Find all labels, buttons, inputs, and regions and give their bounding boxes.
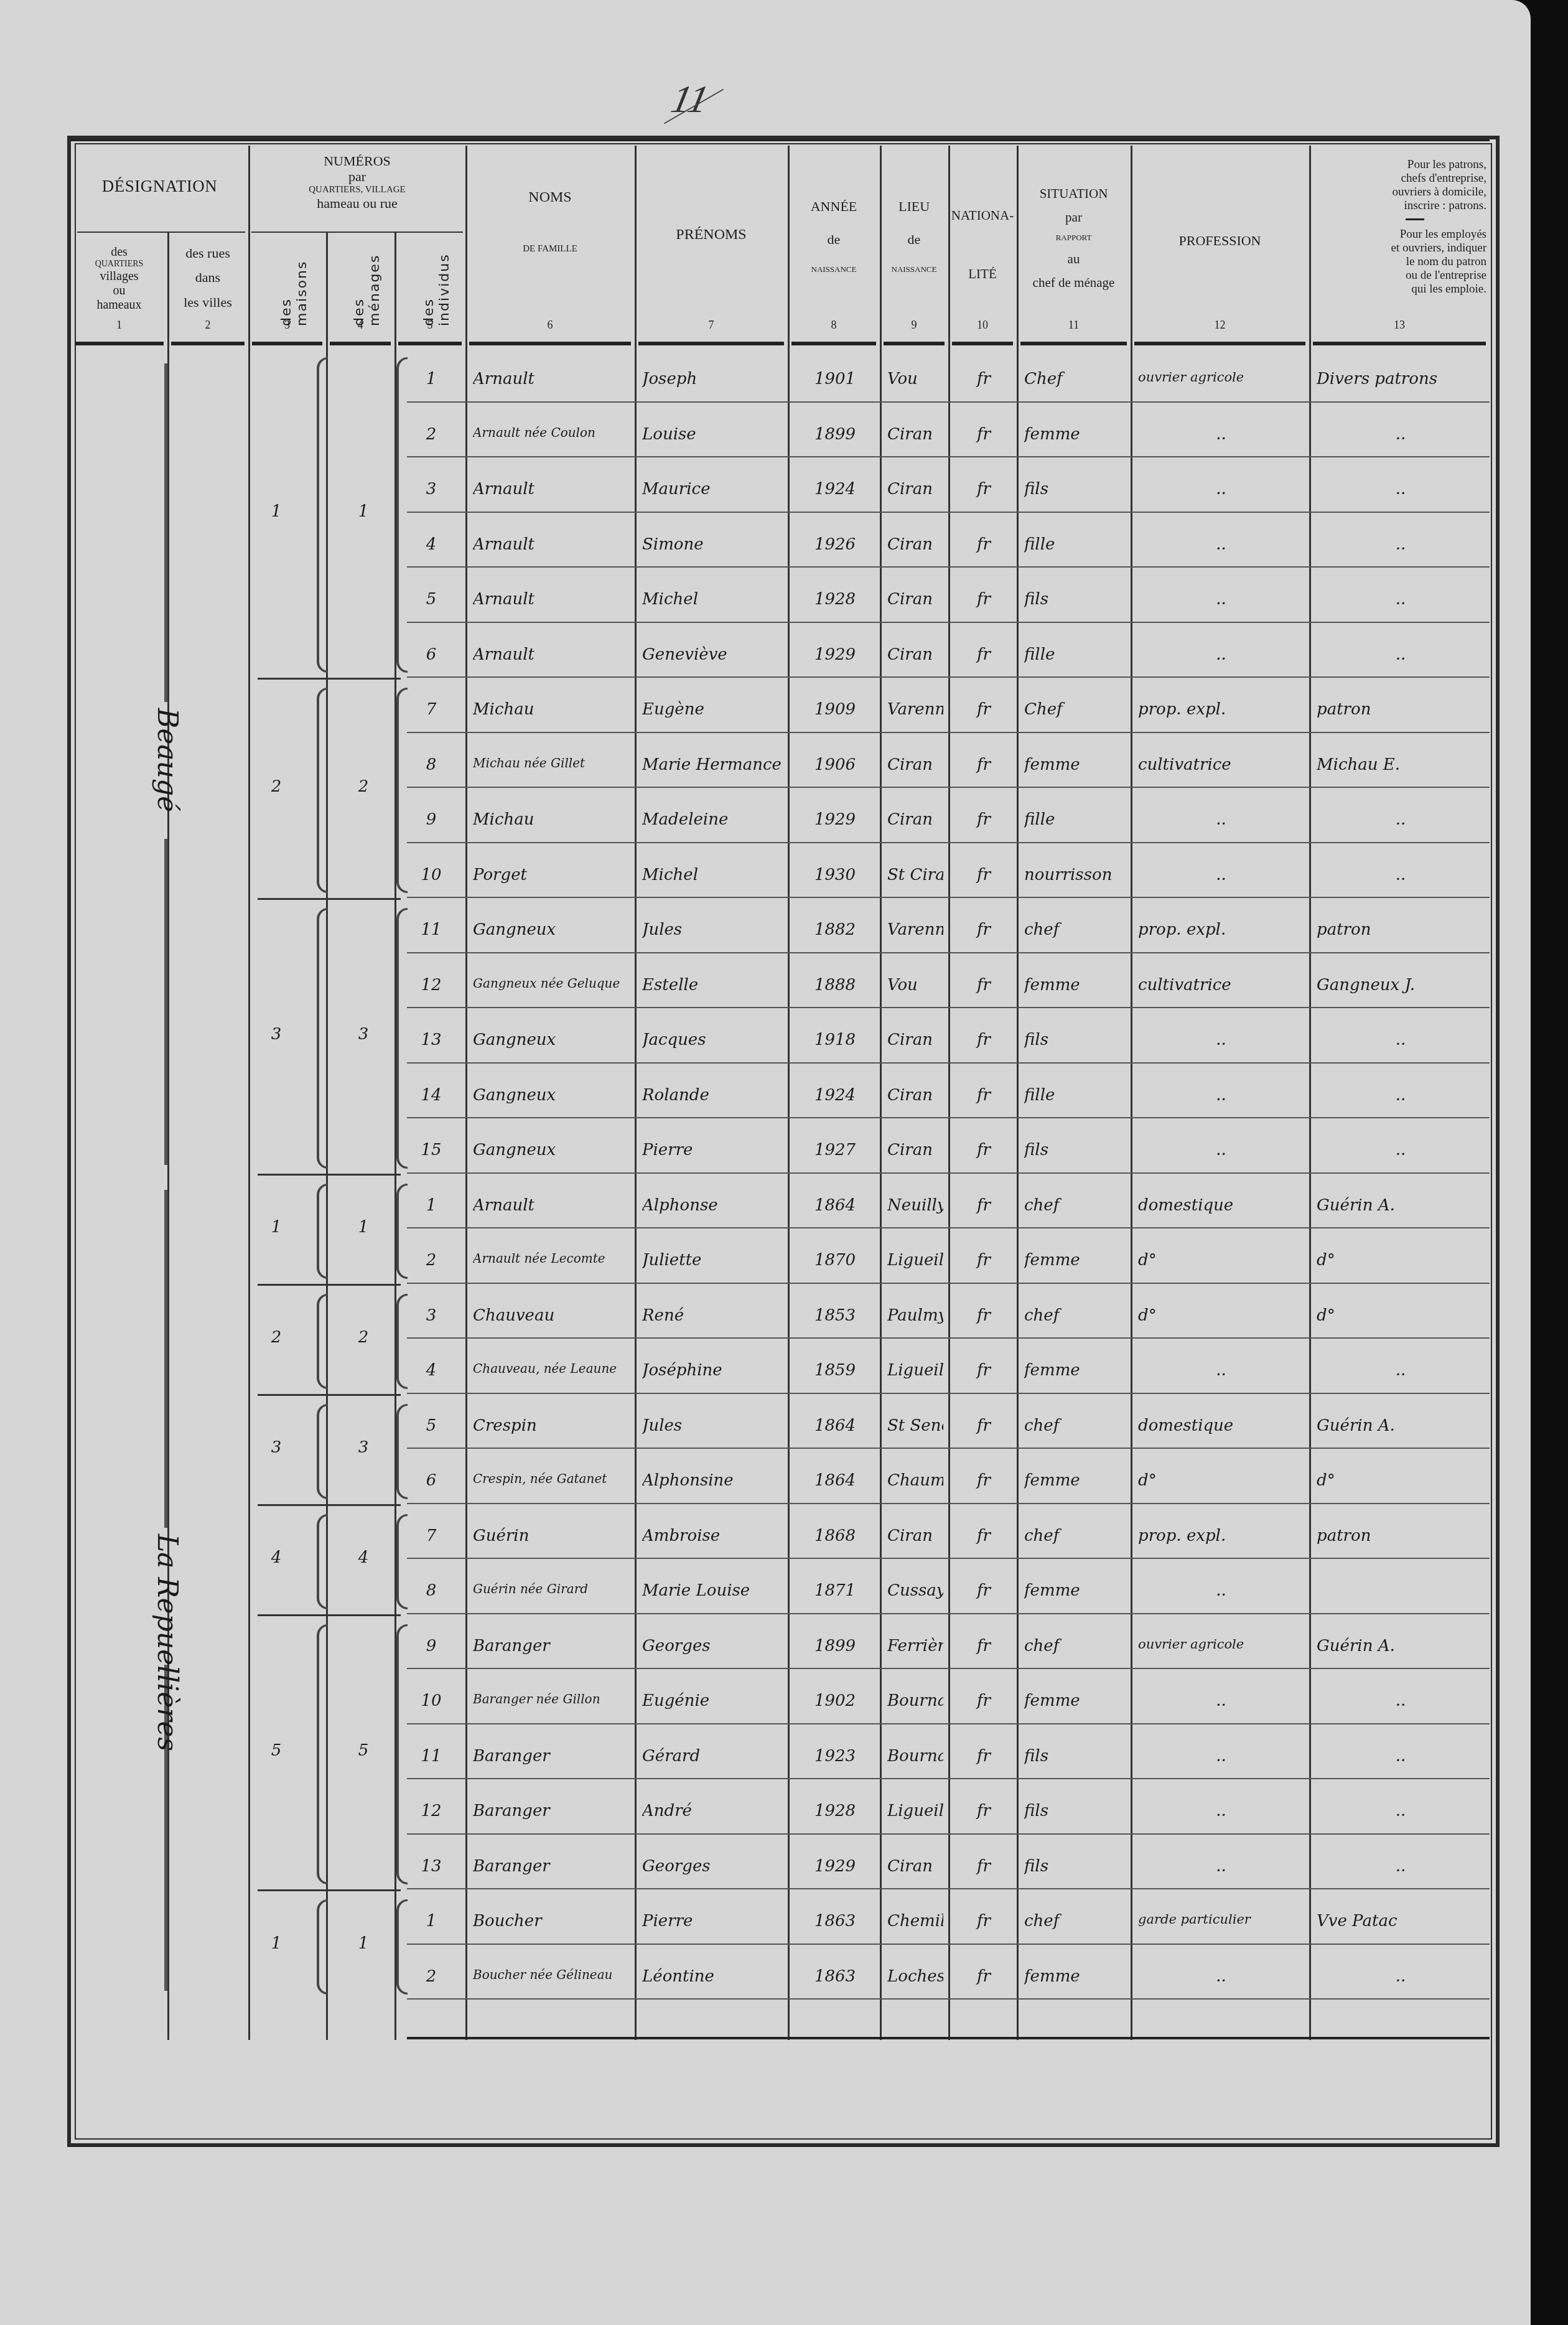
table-cell-annee: 1853 [795,1306,875,1325]
table-cell-nat: fr [956,1857,1012,1876]
row-divider [407,1062,1490,1064]
table-cell-patron: .. [1317,645,1485,664]
table-cell-prenom: Estelle [642,976,783,994]
table-cell-profession: .. [1138,1747,1304,1766]
table-cell-nom: Boucher née Gélineau [473,1967,630,1982]
table-cell-nom: Gangneux [473,1031,630,1049]
table-cell-lieu: Ciran [887,480,943,498]
table-cell-prenom: Michel [642,590,783,609]
table-cell-nat: fr [956,756,1012,774]
header-bottom-rule [252,342,322,345]
row-divider [407,401,1490,403]
table-cell-nom: Gangneux née Geluque [473,976,630,991]
table-cell-patron: .. [1317,1857,1485,1876]
table-cell-profession: .. [1138,535,1304,554]
row-divider [407,842,1490,843]
table-cell-lieu: Vou [887,370,943,388]
table-cell-situation: nourrisson [1024,866,1126,884]
table-cell-annee: 1863 [795,1912,875,1930]
table-cell-prenom: Marie Hermance [642,756,783,774]
table-cell-prenom: Léontine [642,1967,783,1986]
table-cell-situation: fils [1024,1141,1126,1159]
table-cell-nom: Boucher [473,1912,630,1930]
table-cell-n: 2 [402,425,460,444]
table-cell-nom: Crespin [473,1416,630,1435]
table-cell-nat: fr [956,370,1012,388]
table-cell-prenom: Georges [642,1637,783,1655]
header-col11-line: RAPPORT [1017,233,1131,243]
table-cell-patron: .. [1317,1802,1485,1820]
table-cell-lieu: Ciran [887,756,943,774]
table-cell-nat: fr [956,1306,1012,1325]
header-col8-line: de [788,232,880,247]
table-cell-n: 8 [402,756,460,774]
table-cell-n: 8 [402,1581,460,1600]
header-top-rule [71,139,1490,141]
table-cell-annee: 1870 [795,1251,875,1270]
column-divider [1131,146,1132,2040]
table-cell-nat: fr [956,866,1012,884]
column-number: 8 [788,319,880,332]
table-cell-profession: cultivatrice [1138,976,1304,994]
table-cell-annee: 1930 [795,866,875,884]
table-cell-situation: fils [1024,1857,1126,1876]
column-divider [788,146,790,2040]
header-col10-line: LITÉ [948,266,1017,281]
table-cell-annee: 1909 [795,700,875,719]
table-cell-n: 4 [402,1361,460,1380]
table-cell-situation: femme [1024,976,1126,994]
column-number: 6 [465,319,635,332]
table-cell-nom: Baranger [473,1857,630,1876]
header-col13-line: ouvriers à domicile, [1312,185,1486,199]
header-col8-line: NAISSANCE [788,265,880,274]
table-cell-lieu: Ciran [887,1527,943,1545]
column-number: 10 [948,319,1017,332]
table-cell-annee: 1901 [795,370,875,388]
header-col7: PRÉNOMS [635,227,788,244]
header-bottom-rule [330,342,391,345]
table-cell-patron: .. [1317,425,1485,444]
header-col11-line: SITUATION [1017,186,1131,201]
table-cell-profession: .. [1138,1857,1304,1876]
header-col3: des maisons [279,239,310,326]
header-col1-line: hameaux [71,298,167,312]
column-number: 12 [1131,319,1309,332]
table-cell-nom: Gangneux [473,920,630,939]
table-cell-prenom: Pierre [642,1912,783,1930]
column-divider [635,146,637,2040]
column-divider [1017,146,1019,2040]
table-cell-profession: prop. expl. [1138,1527,1304,1545]
household-bracket [396,1404,408,1499]
header-col11: SITUATIONparRAPPORTauchef de ménage [1017,186,1131,299]
table-cell-situation: chef [1024,1637,1126,1655]
table-cell-situation: chef [1024,1416,1126,1435]
header-col1-line: villages [71,269,167,284]
house-bracket [317,1294,328,1389]
header-col2-line: dans [167,269,248,285]
table-cell-n: 1 [402,1196,460,1215]
table-cell-lieu: Varennes [887,920,943,939]
header-bottom-rule [1020,342,1127,345]
table-cell-prenom: Geneviève [642,645,783,664]
column-number: 9 [880,319,948,332]
household-number: 3 [345,1438,382,1457]
table-cell-nom: Chauveau [473,1306,630,1325]
group-brace-numeros [251,232,463,233]
table-cell-profession: cultivatrice [1138,756,1304,774]
column-divider [880,146,882,2040]
table-cell-lieu: Ciran [887,1086,943,1105]
row-divider [407,1778,1490,1779]
header-col1-line: ou [71,284,167,298]
table-cell-profession: .. [1138,1086,1304,1105]
header-bottom-rule [791,342,876,345]
house-bracket [317,1624,328,1885]
header-col1-line: QUARTIERS [71,260,167,269]
house-bracket [317,1184,328,1279]
table-cell-profession: d° [1138,1251,1304,1270]
table-cell-nom: Baranger [473,1802,630,1820]
household-number: 4 [345,1548,382,1567]
table-cell-prenom: Gérard [642,1747,783,1766]
table-cell-patron: .. [1317,1361,1485,1380]
table-cell-lieu: Chaumussay [887,1471,943,1490]
header-numeros: NUMÉROSparQUARTIERS, VILLAGEhameau ou ru… [248,153,466,211]
table-cell-annee: 1859 [795,1361,875,1380]
table-cell-lieu: Ciran [887,1031,943,1049]
column-number: 2 [167,319,248,332]
household-number: 2 [345,777,382,796]
table-cell-annee: 1899 [795,1637,875,1655]
table-cell-prenom: Marie Louise [642,1581,783,1600]
row-divider [407,1888,1490,1889]
table-cell-n: 1 [402,370,460,388]
table-cell-nom: Arnault [473,590,630,609]
table-cell-profession: d° [1138,1471,1304,1490]
table-cell-lieu: Loches I. [887,1967,943,1986]
row-divider [407,1007,1490,1008]
row-divider [407,1998,1490,2000]
table-cell-annee: 1864 [795,1471,875,1490]
table-cell-profession: .. [1138,480,1304,498]
table-cell-profession: .. [1138,810,1304,829]
place-brace-line [164,839,167,1165]
header-col2-line: des rues [167,245,248,261]
table-cell-profession: .. [1138,1967,1304,1986]
table-cell-lieu: Ciran [887,810,943,829]
table-cell-annee: 1929 [795,1857,875,1876]
header-col2-line: les villes [167,294,248,310]
table-cell-n: 11 [402,920,460,939]
table-cell-profession: .. [1138,590,1304,609]
header-col4: des ménages [352,239,383,326]
table-cell-profession: .. [1138,1361,1304,1380]
table-cell-n: 9 [402,1637,460,1655]
column-divider [465,146,467,2040]
table-cell-situation: fils [1024,480,1126,498]
table-cell-nat: fr [956,645,1012,664]
header-col11-line: par [1017,210,1131,225]
column-divider [1309,146,1311,2040]
header-col13-line: Pour les employés [1312,228,1486,241]
table-cell-annee: 1863 [795,1967,875,1986]
table-cell-situation: femme [1024,1691,1126,1710]
place-name: La Repuellières [151,1534,183,1751]
row-divider [407,1944,1490,1945]
house-bracket [317,1514,328,1609]
row-divider [407,622,1490,623]
table-cell-lieu: Cussay [887,1581,943,1600]
table-cell-n: 15 [402,1141,460,1159]
table-cell-patron: Guérin A. [1317,1416,1485,1435]
header-bottom-rule [638,342,784,345]
table-cell-patron: .. [1317,866,1485,884]
table-cell-nat: fr [956,1196,1012,1215]
header-col9-line: de [880,232,948,247]
household-separator [258,1284,401,1286]
table-cell-lieu: Ciran [887,425,943,444]
table-cell-patron: .. [1317,1141,1485,1159]
header-bottom-rule [952,342,1013,345]
header-col13-separator [1406,218,1424,220]
table-cell-annee: 1928 [795,590,875,609]
column-number: 11 [1017,319,1131,332]
table-cell-annee: 1899 [795,425,875,444]
table-cell-lieu: Paulmy [887,1306,943,1325]
column-number: 3 [248,319,326,332]
column-divider [248,146,250,2040]
table-cell-nat: fr [956,920,1012,939]
table-cell-annee: 1918 [795,1031,875,1049]
table-cell-nom: Guérin [473,1527,630,1545]
column-number: 7 [635,319,788,332]
table-cell-lieu: Ciran [887,645,943,664]
table-cell-patron: .. [1317,590,1485,609]
place-brace-line [164,363,167,702]
table-cell-nat: fr [956,810,1012,829]
table-cell-prenom: Joséphine [642,1361,783,1380]
table-cell-annee: 1927 [795,1141,875,1159]
header-bottom-rule [1313,342,1486,345]
house-bracket [317,908,328,1169]
table-cell-situation: fils [1024,1802,1126,1820]
table-cell-n: 14 [402,1086,460,1105]
household-bracket [396,908,408,1169]
household-separator [258,1889,401,1891]
table-cell-situation: fille [1024,1086,1126,1105]
header-col9-line: NAISSANCE [880,265,948,274]
table-cell-situation: fils [1024,1031,1126,1049]
table-cell-annee: 1926 [795,535,875,554]
table-cell-profession: domestique [1138,1416,1304,1435]
table-grid: DÉSIGNATIONdesQUARTIERSvillagesouhameaux… [71,139,1496,2143]
table-cell-n: 1 [402,1912,460,1930]
table-cell-prenom: Madeleine [642,810,783,829]
table-cell-n: 6 [402,1471,460,1490]
table-cell-nat: fr [956,1912,1012,1930]
header-numeros-line: par [248,169,466,184]
row-divider [407,1448,1490,1449]
table-cell-prenom: Eugène [642,700,783,719]
row-divider [407,952,1490,953]
table-cell-lieu: St Ciran [887,866,943,884]
table-cell-patron: .. [1317,535,1485,554]
row-divider [407,787,1490,788]
table-cell-lieu: Neuilly le Bt [887,1196,943,1215]
table-cell-prenom: Jules [642,1416,783,1435]
table-cell-nom: Arnault [473,535,630,554]
household-bracket [396,1514,408,1609]
table-cell-nat: fr [956,535,1012,554]
table-cell-patron: Gangneux J. [1317,976,1485,994]
row-divider [407,1172,1490,1174]
row-divider [407,1668,1490,1669]
table-cell-nom: Baranger [473,1637,630,1655]
header-col10-line: NATIONA- [948,208,1017,223]
table-cell-profession: .. [1138,1802,1304,1820]
header-col9-line: LIEU [880,199,948,214]
row-divider [407,512,1490,513]
header-col13-line: et ouvriers, indiquer [1312,241,1486,255]
table-cell-nat: fr [956,1637,1012,1655]
household-number: 1 [345,1934,382,1953]
table-cell-nom: Arnault [473,370,630,388]
table-cell-prenom: René [642,1306,783,1325]
table-cell-nat: fr [956,1086,1012,1105]
house-number: 4 [258,1548,295,1567]
table-cell-prenom: Alphonsine [642,1471,783,1490]
table-cell-lieu: Bournan [887,1747,943,1766]
household-separator [258,1174,401,1176]
table-cell-n: 5 [402,1416,460,1435]
table-cell-profession: garde particulier [1138,1912,1304,1927]
household-bracket [396,357,408,673]
table-cell-lieu: Ligueil [887,1361,943,1380]
row-divider [407,1503,1490,1504]
table-cell-n: 13 [402,1857,460,1876]
table-cell-lieu: Ligueil [887,1802,943,1820]
table-cell-situation: fils [1024,1747,1126,1766]
table-cell-profession: d° [1138,1306,1304,1325]
column-number: 5 [394,319,465,332]
table-cell-nat: fr [956,1747,1012,1766]
header-bottom-rule [1134,342,1305,345]
table-bottom-rule [407,2037,1490,2039]
place-name: Beaugé [151,708,183,812]
table-cell-prenom: Joseph [642,370,783,388]
row-divider [407,1833,1490,1835]
table-cell-situation: femme [1024,756,1126,774]
table-cell-n: 9 [402,810,460,829]
house-number: 3 [258,1025,295,1044]
table-cell-lieu: Ferrière Lr [887,1637,943,1655]
table-cell-nat: fr [956,425,1012,444]
table-cell-lieu: Vou [887,976,943,994]
header-bottom-rule [884,342,945,345]
table-cell-profession: domestique [1138,1196,1304,1215]
table-cell-prenom: Louise [642,425,783,444]
house-bracket [317,1899,328,1995]
house-number: 1 [258,1934,295,1953]
table-cell-profession: ouvrier agricole [1138,370,1304,385]
row-divider [407,676,1490,678]
table-cell-lieu: Varennes [887,700,943,719]
table-cell-nom: Michau [473,810,630,829]
table-cell-lieu: Chemillé [887,1912,943,1930]
table-cell-nat: fr [956,1251,1012,1270]
group-brace-designation [77,232,245,233]
table-cell-nom: Arnault née Lecomte [473,1251,630,1266]
header-col13-line: ou de l'entreprise [1312,269,1486,283]
table-cell-patron: patron [1317,1527,1485,1545]
table-cell-annee: 1864 [795,1416,875,1435]
table-cell-lieu: Ciran [887,590,943,609]
table-cell-nat: fr [956,590,1012,609]
table-cell-situation: chef [1024,1306,1126,1325]
table-cell-n: 5 [402,590,460,609]
table-cell-n: 7 [402,1527,460,1545]
table-cell-n: 12 [402,976,460,994]
header-col13-line: inscrire : patrons. [1312,199,1486,213]
column-divider [167,233,169,2040]
table-cell-nom: Arnault [473,1196,630,1215]
table-cell-n: 2 [402,1251,460,1270]
table-cell-lieu: Ciran [887,1857,943,1876]
table-cell-profession: .. [1138,1141,1304,1159]
table-cell-situation: fils [1024,590,1126,609]
table-cell-nom: Arnault [473,645,630,664]
house-number: 2 [258,1328,295,1347]
table-cell-nom: Guérin née Girard [473,1581,630,1596]
table-cell-patron: .. [1317,1086,1485,1105]
table-cell-nat: fr [956,1691,1012,1710]
header-col6-line: NOMS [465,189,635,207]
table-cell-n: 2 [402,1967,460,1986]
table-cell-patron: .. [1317,1967,1485,1986]
table-cell-situation: chef [1024,1912,1126,1930]
table-cell-nat: fr [956,1471,1012,1490]
household-separator [258,1614,401,1616]
table-cell-nat: fr [956,1361,1012,1380]
census-table: DÉSIGNATIONdesQUARTIERSvillagesouhameaux… [67,136,1500,2147]
row-divider [407,1558,1490,1559]
table-cell-nat: fr [956,1141,1012,1159]
header-designation: DÉSIGNATION [71,177,248,196]
table-cell-n: 3 [402,480,460,498]
table-cell-situation: femme [1024,1471,1126,1490]
header-col2: des ruesdansles villes [167,245,248,319]
table-cell-nat: fr [956,1416,1012,1435]
table-cell-nom: Porget [473,866,630,884]
header-col13-line: le nom du patron [1312,255,1486,269]
table-cell-profession: .. [1138,866,1304,884]
table-cell-n: 6 [402,645,460,664]
table-cell-situation: Chef [1024,370,1126,388]
table-cell-annee: 1864 [795,1196,875,1215]
header-col13-line: Pour les patrons, [1312,158,1486,172]
table-cell-prenom: Eugénie [642,1691,783,1710]
table-cell-nom: Baranger [473,1747,630,1766]
table-cell-patron: Vve Patac [1317,1912,1485,1930]
table-cell-patron: .. [1317,480,1485,498]
table-cell-patron: Guérin A. [1317,1637,1485,1655]
table-cell-n: 12 [402,1802,460,1820]
table-cell-lieu: Bournan [887,1691,943,1710]
table-cell-profession: prop. expl. [1138,920,1304,939]
table-cell-annee: 1929 [795,810,875,829]
